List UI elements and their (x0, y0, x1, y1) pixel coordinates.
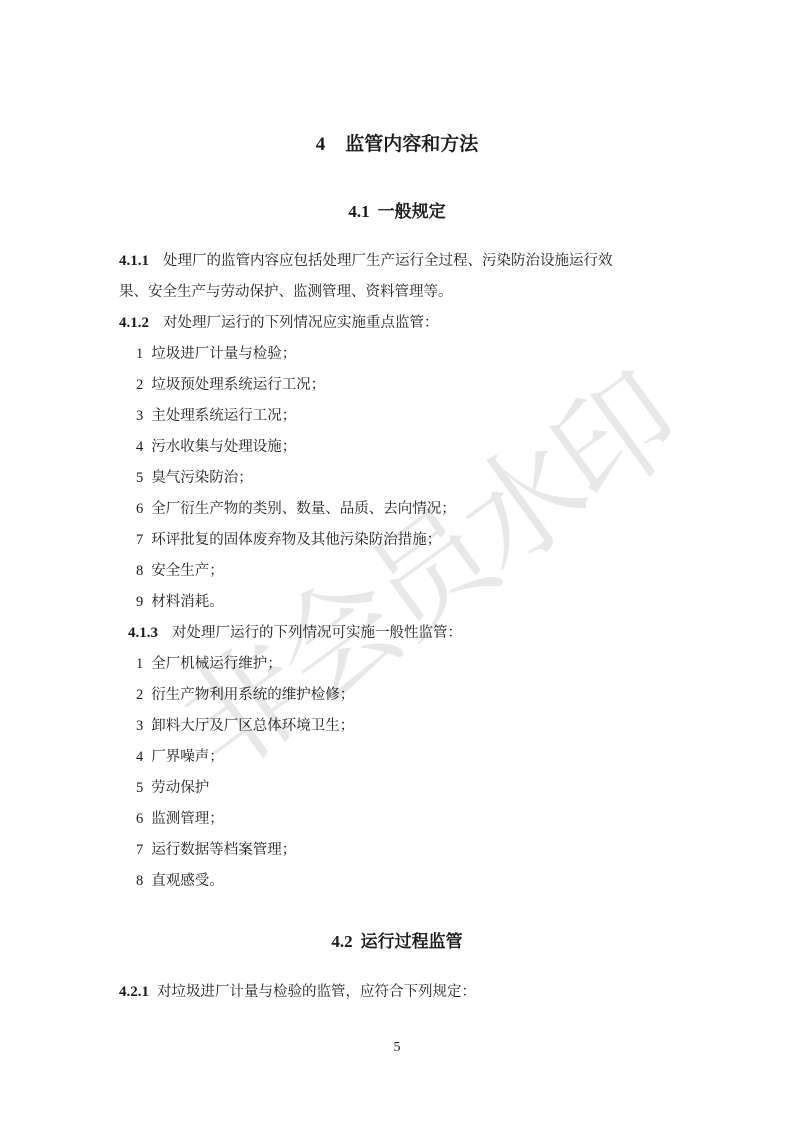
list-item: 3卸料大厅及厂区总体环境卫生； (136, 716, 354, 736)
list-item: 8安全生产； (136, 561, 224, 581)
item-number: 6 (136, 501, 143, 517)
item-text: 全厂衍生产物的类别、数量、品质、去向情况； (151, 501, 456, 517)
item-number: 5 (136, 780, 143, 796)
item-text: 卸料大厅及厂区总体环境卫生； (151, 718, 354, 734)
list-item: 6全厂衍生产物的类别、数量、品质、去向情况； (136, 499, 456, 519)
clause-text: 果、安全生产与劳动保护、监测管理、资料管理等。 (119, 284, 453, 300)
item-text: 全厂机械运行维护； (151, 656, 282, 672)
item-number: 4 (136, 749, 143, 765)
document-page: 4监管内容和方法 4.1一般规定 4.1.1处理厂的监管内容应包括处理厂生产运行… (0, 0, 794, 1123)
list-item: 6监测管理； (136, 809, 224, 829)
section-number: 4.2 (331, 932, 352, 951)
item-number: 7 (136, 842, 143, 858)
clause-4-1-3: 4.1.3对处理厂运行的下列情况可实施一般性监管： (128, 623, 462, 643)
item-text: 监测管理； (151, 811, 224, 827)
clause-text: 对处理厂运行的下列情况可实施一般性监管： (172, 625, 462, 641)
item-text: 主处理系统运行工况； (151, 408, 296, 424)
item-text: 直观感受。 (151, 873, 224, 889)
item-text: 厂界噪声； (151, 749, 224, 765)
chapter-number: 4 (316, 134, 326, 155)
item-number: 3 (136, 408, 143, 424)
item-text: 臭气污染防治； (151, 470, 253, 486)
clause-number: 4.1.3 (128, 625, 158, 641)
clause-4-1-2: 4.1.2对处理厂运行的下列情况应实施重点监管： (119, 313, 439, 333)
list-item: 5臭气污染防治； (136, 468, 253, 488)
item-text: 垃圾预处理系统运行工况； (151, 377, 325, 393)
chapter-heading: 4监管内容和方法 (0, 131, 794, 158)
item-text: 垃圾进厂计量与检验； (151, 346, 296, 362)
list-item: 1全厂机械运行维护； (136, 654, 282, 674)
item-number: 9 (136, 594, 143, 610)
item-text: 材料消耗。 (151, 594, 224, 610)
list-item: 5劳动保护 (136, 778, 209, 798)
item-number: 3 (136, 718, 143, 734)
section-number: 4.1 (348, 202, 369, 221)
clause-4-1-1: 4.1.1处理厂的监管内容应包括处理厂生产运行全过程、污染防治设施运行效 (119, 251, 613, 271)
item-text: 运行数据等档案管理； (151, 842, 296, 858)
section-title: 运行过程监管 (361, 932, 463, 952)
list-item: 2衍生产物利用系统的维护检修； (136, 685, 354, 705)
list-item: 7运行数据等档案管理； (136, 840, 296, 860)
clause-4-2-1: 4.2.1对垃圾进厂计量与检验的监管，应符合下列规定： (119, 982, 476, 1002)
list-item: 8直观感受。 (136, 871, 224, 891)
item-number: 7 (136, 532, 143, 548)
item-text: 环评批复的固体废弃物及其他污染防治措施； (151, 532, 441, 548)
item-number: 5 (136, 470, 143, 486)
section-heading-4-2: 4.2运行过程监管 (0, 930, 794, 954)
item-number: 2 (136, 377, 143, 393)
item-number: 6 (136, 811, 143, 827)
clause-number: 4.1.2 (119, 315, 149, 331)
clause-text: 处理厂的监管内容应包括处理厂生产运行全过程、污染防治设施运行效 (163, 253, 613, 269)
list-item: 3主处理系统运行工况； (136, 406, 296, 426)
list-item: 1垃圾进厂计量与检验； (136, 344, 296, 364)
item-text: 安全生产； (151, 563, 224, 579)
chapter-title: 监管内容和方法 (345, 133, 478, 155)
list-item: 2垃圾预处理系统运行工况； (136, 375, 325, 395)
item-number: 1 (136, 656, 143, 672)
list-item: 4污水收集与处理设施； (136, 437, 296, 457)
item-text: 劳动保护 (151, 780, 209, 796)
item-text: 污水收集与处理设施； (151, 439, 296, 455)
section-title: 一般规定 (378, 202, 446, 222)
item-number: 2 (136, 687, 143, 703)
clause-text: 对处理厂运行的下列情况应实施重点监管： (163, 315, 439, 331)
clause-text: 对垃圾进厂计量与检验的监管，应符合下列规定： (157, 984, 476, 1000)
item-number: 1 (136, 346, 143, 362)
list-item: 4厂界噪声； (136, 747, 224, 767)
clause-number: 4.1.1 (119, 253, 149, 269)
item-number: 4 (136, 439, 143, 455)
page-number: 5 (0, 1040, 794, 1056)
list-item: 9材料消耗。 (136, 592, 224, 612)
clause-number: 4.2.1 (119, 984, 149, 1000)
section-heading-4-1: 4.1一般规定 (0, 200, 794, 224)
clause-4-1-1-continuation: 果、安全生产与劳动保护、监测管理、资料管理等。 (119, 282, 453, 302)
item-text: 衍生产物利用系统的维护检修； (151, 687, 354, 703)
item-number: 8 (136, 563, 143, 579)
list-item: 7环评批复的固体废弃物及其他污染防治措施； (136, 530, 441, 550)
item-number: 8 (136, 873, 143, 889)
